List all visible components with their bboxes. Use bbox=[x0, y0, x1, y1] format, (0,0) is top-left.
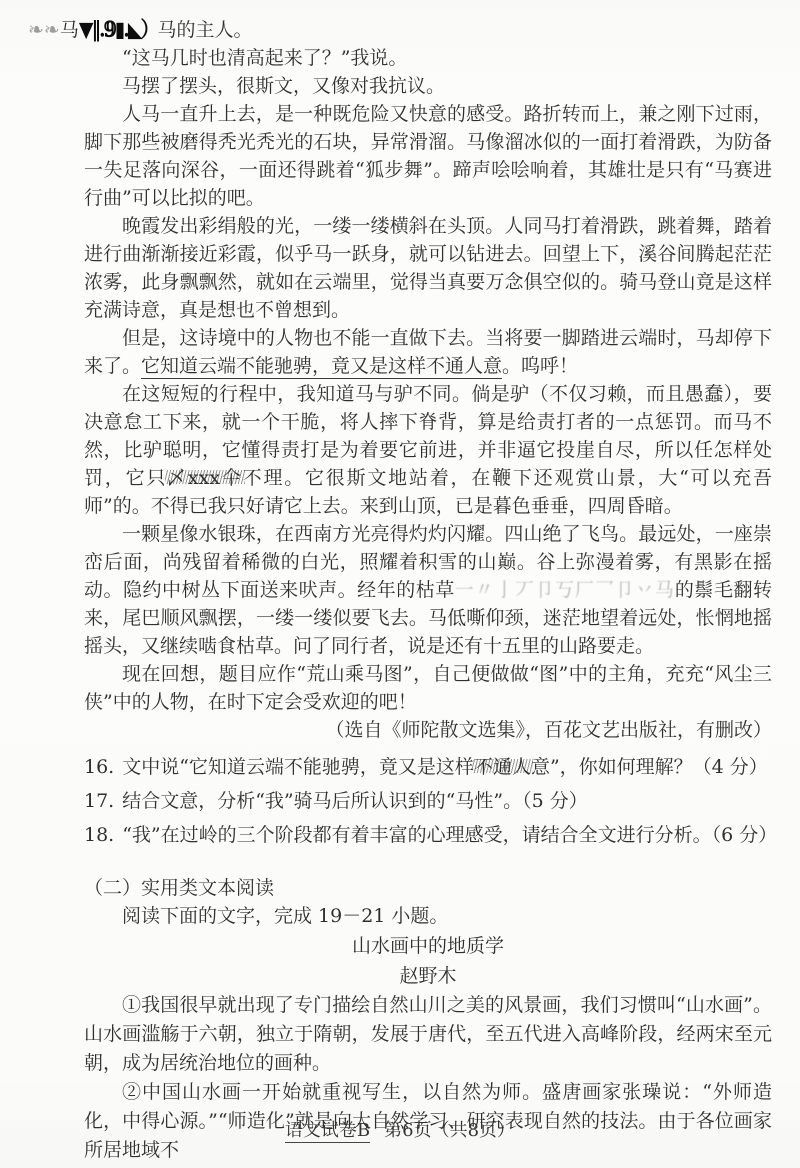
section-instructions: 阅读下面的文字，完成 19－21 小题。 bbox=[84, 902, 772, 931]
question-18: 18.“我”在过岭的三个阶段都有着丰富的心理感受，请结合全文进行分析。（6 分） bbox=[84, 818, 772, 852]
question-number: 16. bbox=[84, 756, 114, 778]
garbled-first-line: ❧❧马▼‖.𝟡▮.◣）马的主人。 bbox=[28, 16, 772, 44]
question-number: 17. bbox=[84, 790, 114, 812]
passage-paragraph: 晚霞发出彩绢般的光，一缕一缕横斜在头顶。人同马打着滑跌，跳着舞，踏着进行曲渐渐接… bbox=[84, 212, 772, 324]
page-content: ❧❧马▼‖.𝟡▮.◣）马的主人。 “这马几时也清高起来了？”我说。 马摆了摆头，… bbox=[84, 16, 772, 1165]
question-text: 意”，你如何理解？（4 分） bbox=[531, 756, 768, 778]
garbled-line-char: 马 bbox=[60, 19, 79, 41]
passage-paragraph: 马摆了摆头，很斯文，又像对我抗议。 bbox=[84, 72, 772, 100]
passage-source-attribution: （选自《师陀散文选集》，百花文艺出版社，有删改） bbox=[84, 716, 772, 744]
paragraph-text: 。呜呼！ bbox=[502, 355, 578, 377]
ink-blot-marks: ▼‖.𝟡▮.◣） bbox=[79, 14, 158, 45]
passage-paragraph-underlined: 但是，这诗境中的人物也不能一直做下去。当将要一脚踏进云端时，马却停下来了。它知道… bbox=[84, 324, 772, 380]
scan-smudge-mark: ❧❧ bbox=[28, 19, 60, 41]
faded-illegible-text: 一〃亅丆卩丂厂乛卩丷马 bbox=[455, 579, 675, 601]
questions-block: 16.文中说“它知道云端不能驰骋，竟又是这样不通人意”，你如何理解？（4 分） … bbox=[84, 750, 772, 852]
underlined-sentence: 它知道云端不能驰骋，竟又是这样不通人意 bbox=[141, 355, 502, 379]
footer-page-number: 第6页（共8页） bbox=[384, 1120, 515, 1141]
passage-paragraph-with-faded-text: 一颗星像水银珠，在西南方光亮得灼灼闪耀。四山绝了飞鸟。最远处，一座崇峦后面，尚残… bbox=[84, 520, 772, 660]
exam-page-scan: ❧❧马▼‖.𝟡▮.◣）马的主人。 “这马几时也清高起来了？”我说。 马摆了摆头，… bbox=[0, 0, 800, 1168]
question-text: 文中说“它知道云端不能驰骋，竟又是这样 bbox=[122, 756, 474, 778]
scribbled-correction: 不通人 bbox=[474, 756, 531, 778]
passage-paragraph-quote: “这马几时也清高起来了？”我说。 bbox=[84, 44, 772, 72]
question-text: 结合文意，分析“我”骑马后所认识到的“马性”。（5 分） bbox=[122, 790, 587, 812]
footer-exam-label: 语文试卷B bbox=[285, 1120, 370, 1143]
passage-paragraph-with-scribble: 在这短短的行程中，我知道马与驴不同。倘是驴（不仅习赖，而且愚蠢），要决意怠工下来… bbox=[84, 380, 772, 520]
question-17: 17.结合文意，分析“我”骑马后所认识到的“马性”。（5 分） bbox=[84, 784, 772, 818]
question-16: 16.文中说“它知道云端不能驰骋，竟又是这样不通人意”，你如何理解？（4 分） bbox=[84, 750, 772, 784]
question-text: “我”在过岭的三个阶段都有着丰富的心理感受，请结合全文进行分析。（6 分） bbox=[122, 824, 777, 846]
garbled-line-tail: 马的主人。 bbox=[158, 19, 253, 41]
question-number: 18. bbox=[84, 824, 114, 846]
scribbled-correction: 乄xxx仐 bbox=[167, 467, 243, 489]
page-footer: 语文试卷B第6页（共8页） bbox=[0, 1116, 800, 1142]
passage-paragraph: 现在回想，题目应作“荒山乘马图”，自己便做做“图”中的主角，充充“风尘三侠”中的… bbox=[84, 660, 772, 716]
passage-paragraph: 人马一直升上去，是一种既危险又快意的感受。路折转而上，兼之刚下过雨，脚下那些被磨… bbox=[84, 100, 772, 212]
reading-passage-title: 山水画中的地质学 bbox=[84, 931, 772, 961]
section-heading: （二）实用类文本阅读 bbox=[84, 874, 772, 902]
passage2-paragraph-1: ①我国很早就出现了专门描绘自然山川之美的风景画，我们习惯叫“山水画”。山水画滥觞… bbox=[84, 991, 772, 1078]
reading-passage-author: 赵野木 bbox=[84, 961, 772, 991]
